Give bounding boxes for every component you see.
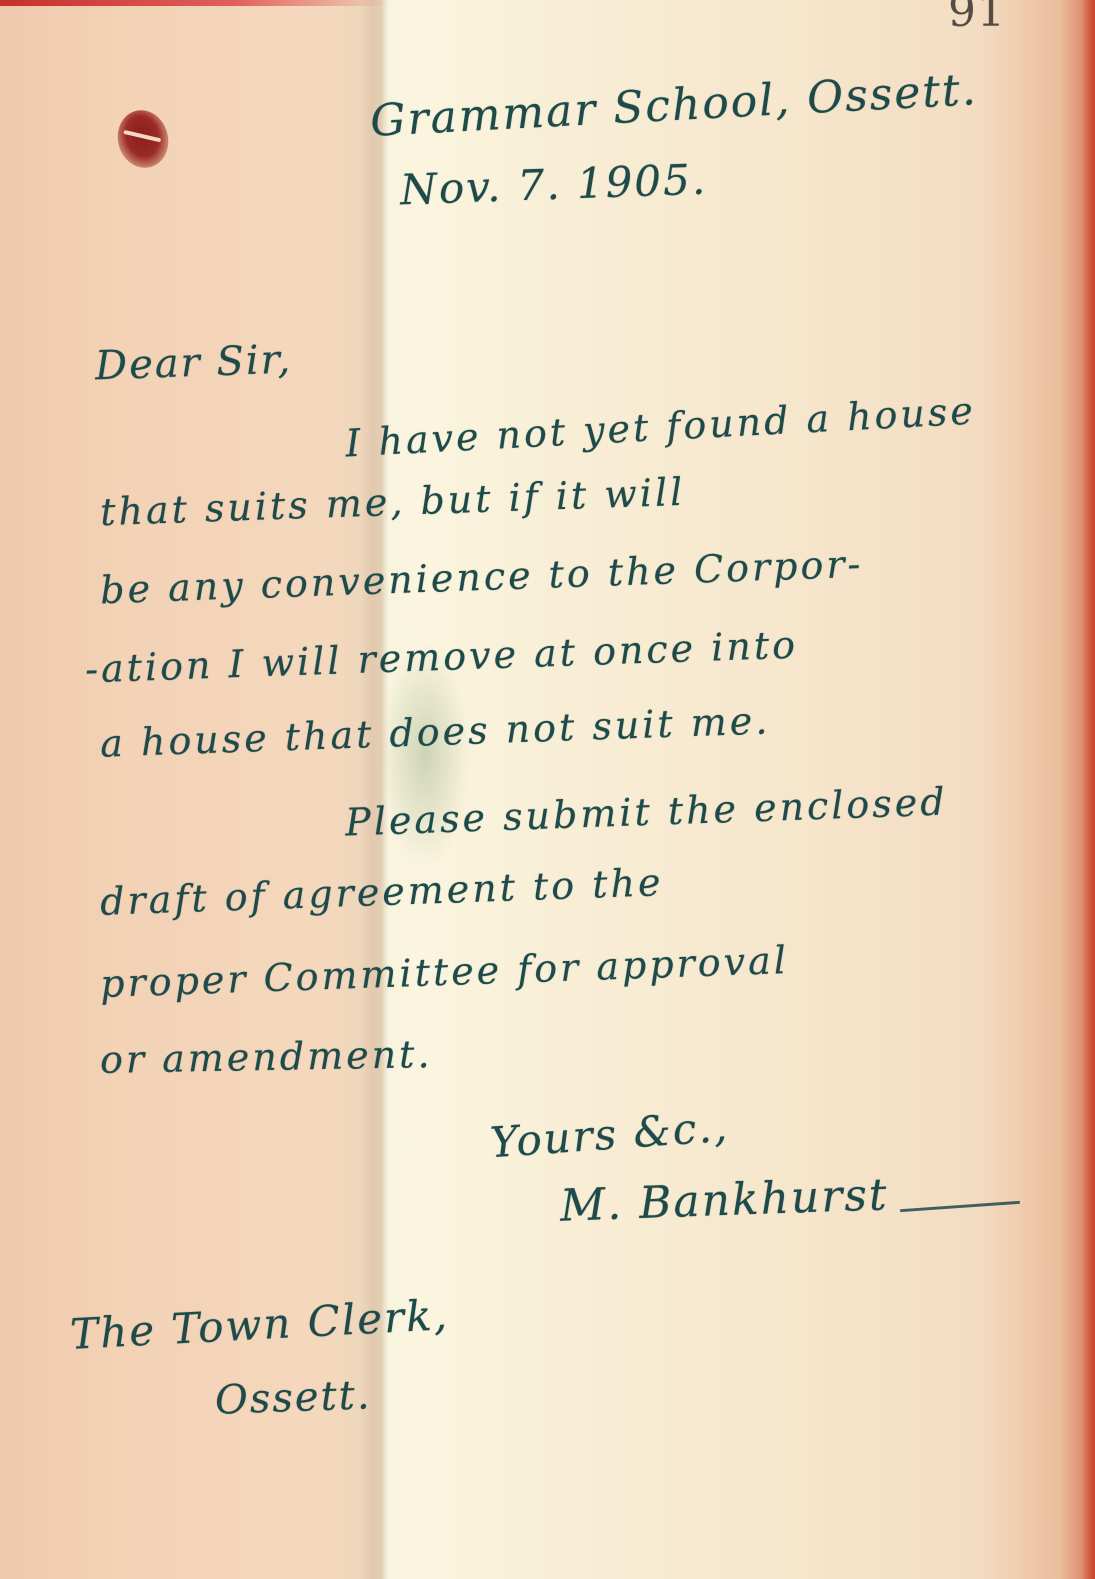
sender-address: Grammar School, Ossett. — [369, 64, 979, 147]
folio-number: 91 — [948, 0, 1006, 37]
body-line: be any convenience to the Corpor- — [99, 542, 864, 613]
valediction: Yours &c., — [489, 1102, 731, 1168]
body-line: or amendment. — [100, 1032, 433, 1082]
punch-hole — [111, 105, 174, 174]
letter-date: Nov. 7. 1905. — [399, 155, 708, 215]
recipient-town: Ossett. — [214, 1372, 372, 1423]
body-line: proper Committee for approval — [99, 938, 789, 1006]
body-line: that suits me, but if it will — [99, 470, 686, 534]
salutation: Dear Sir, — [94, 337, 293, 390]
red-binding-edge-right — [1081, 0, 1095, 1579]
recipient-name: The Town Clerk, — [69, 1290, 450, 1359]
signature: M. Bankhurst — [559, 1169, 889, 1231]
letter-page: 91 Grammar School, Ossett. Nov. 7. 1905.… — [0, 0, 1095, 1579]
body-line: I have not yet found a house — [344, 389, 977, 466]
signature-flourish — [900, 1201, 1020, 1212]
red-binding-edge-top — [0, 0, 390, 6]
